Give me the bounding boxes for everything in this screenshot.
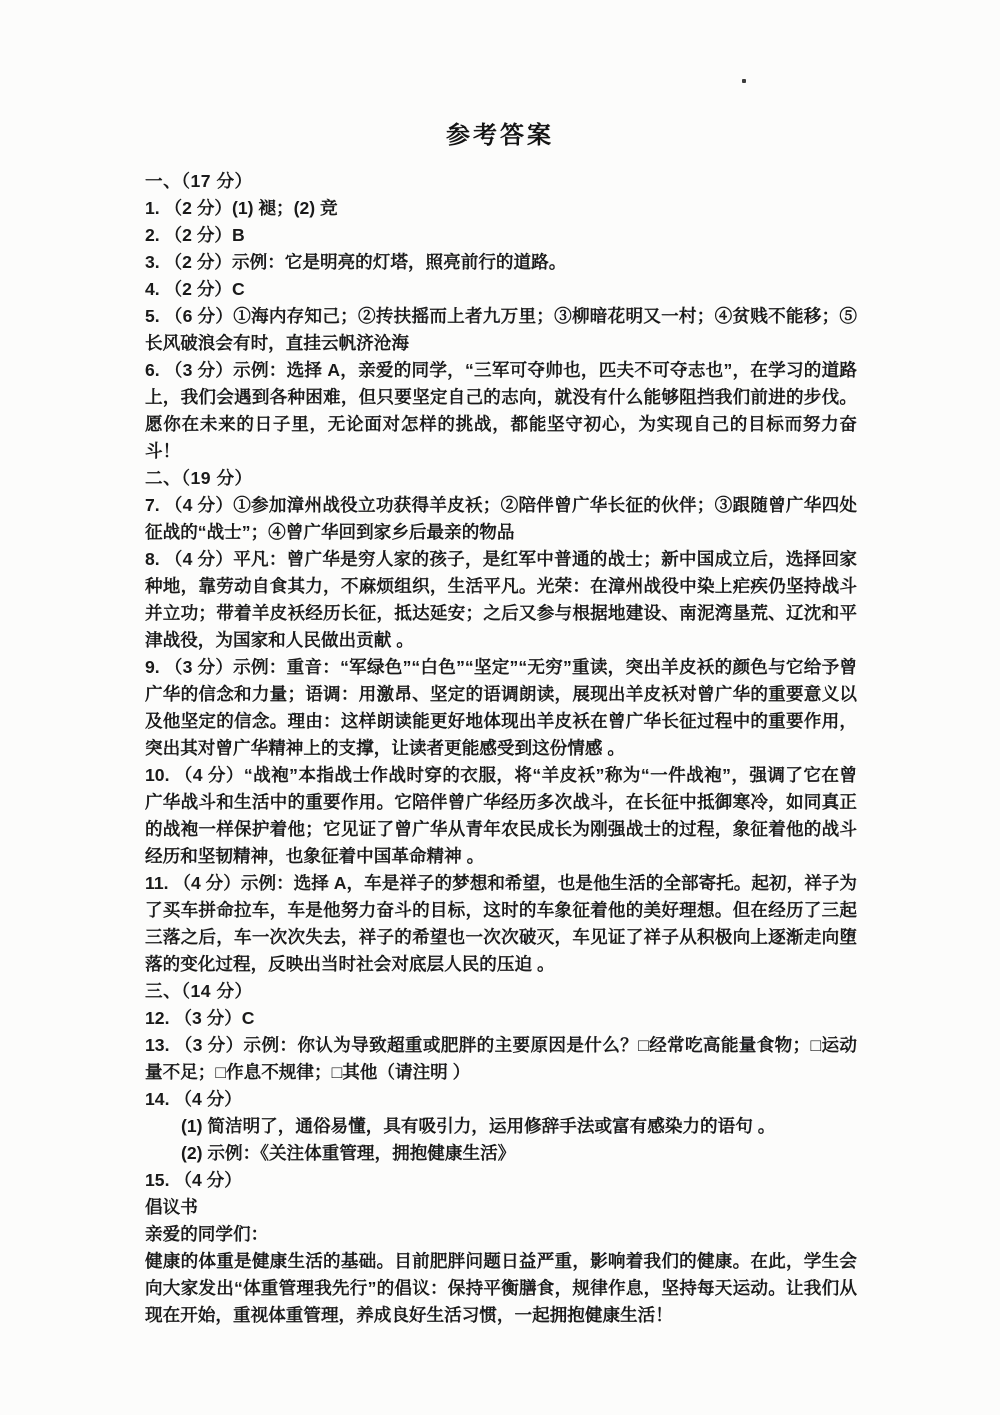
answer-item-14-sub-1: (1) 简洁明了，通俗易懂，具有吸引力，运用修辞手法或富有感染力的语句 。: [145, 1113, 857, 1140]
answer-item-8: 8. （4 分）平凡：曾广华是穷人家的孩子，是红军中普通的战士；新中国成立后，选…: [145, 546, 857, 654]
section-heading: 二、（19 分）: [145, 465, 857, 492]
answer-item-6: 6. （3 分）示例：选择 A，亲爱的同学，“三军可夺帅也，匹夫不可夺志也”，在…: [145, 357, 857, 465]
proposal-salutation: 亲爱的同学们：: [145, 1221, 857, 1248]
answer-item-2: 2. （2 分）B: [145, 222, 857, 249]
answer-item-3: 3. （2 分）示例：它是明亮的灯塔，照亮前行的道路。: [145, 249, 857, 276]
answer-item-9: 9. （3 分）示例：重音：“军绿色”“白色”“坚定”“无穷”重读，突出羊皮袄的…: [145, 654, 857, 762]
answer-item-11: 11. （4 分）示例：选择 A，车是祥子的梦想和希望，也是他生活的全部寄托。起…: [145, 870, 857, 978]
answer-item-14-sub-2: (2) 示例：《关注体重管理，拥抱健康生活》: [145, 1140, 857, 1167]
section-heading: 三、（14 分）: [145, 978, 857, 1005]
answer-item-4: 4. （2 分）C: [145, 276, 857, 303]
answer-item-12: 12. （3 分）C: [145, 1005, 857, 1032]
scan-speck-artifact: [742, 79, 746, 83]
answer-item-13: 13. （3 分）示例：你认为导致超重或肥胖的主要原因是什么？□经常吃高能量食物…: [145, 1032, 857, 1086]
page-title: 参考答案: [0, 0, 1000, 152]
section-heading: 一、（17 分）: [145, 168, 857, 195]
answer-item-15-label: 15. （4 分）: [145, 1167, 857, 1194]
proposal-body: 健康的体重是健康生活的基础。目前肥胖问题日益严重，影响着我们的健康。在此，学生会…: [145, 1248, 857, 1329]
answer-item-14-label: 14. （4 分）: [145, 1086, 857, 1113]
answer-item-10: 10. （4 分）“战袍”本指战士作战时穿的衣服，将“羊皮袄”称为“一件战袍”，…: [145, 762, 857, 870]
proposal-title: 倡议书: [145, 1194, 857, 1221]
answer-item-7: 7. （4 分）①参加漳州战役立功获得羊皮袄；②陪伴曾广华长征的伙伴；③跟随曾广…: [145, 492, 857, 546]
answer-content: 一、（17 分） 1. （2 分）(1) 褪；(2) 竞 2. （2 分）B 3…: [145, 168, 857, 1329]
answer-item-1: 1. （2 分）(1) 褪；(2) 竞: [145, 195, 857, 222]
answer-item-5: 5. （6 分）①海内存知己；②抟扶摇而上者九万里；③柳暗花明又一村；④贫贱不能…: [145, 303, 857, 357]
answer-sheet-page: 参考答案 一、（17 分） 1. （2 分）(1) 褪；(2) 竞 2. （2 …: [0, 0, 1000, 1415]
